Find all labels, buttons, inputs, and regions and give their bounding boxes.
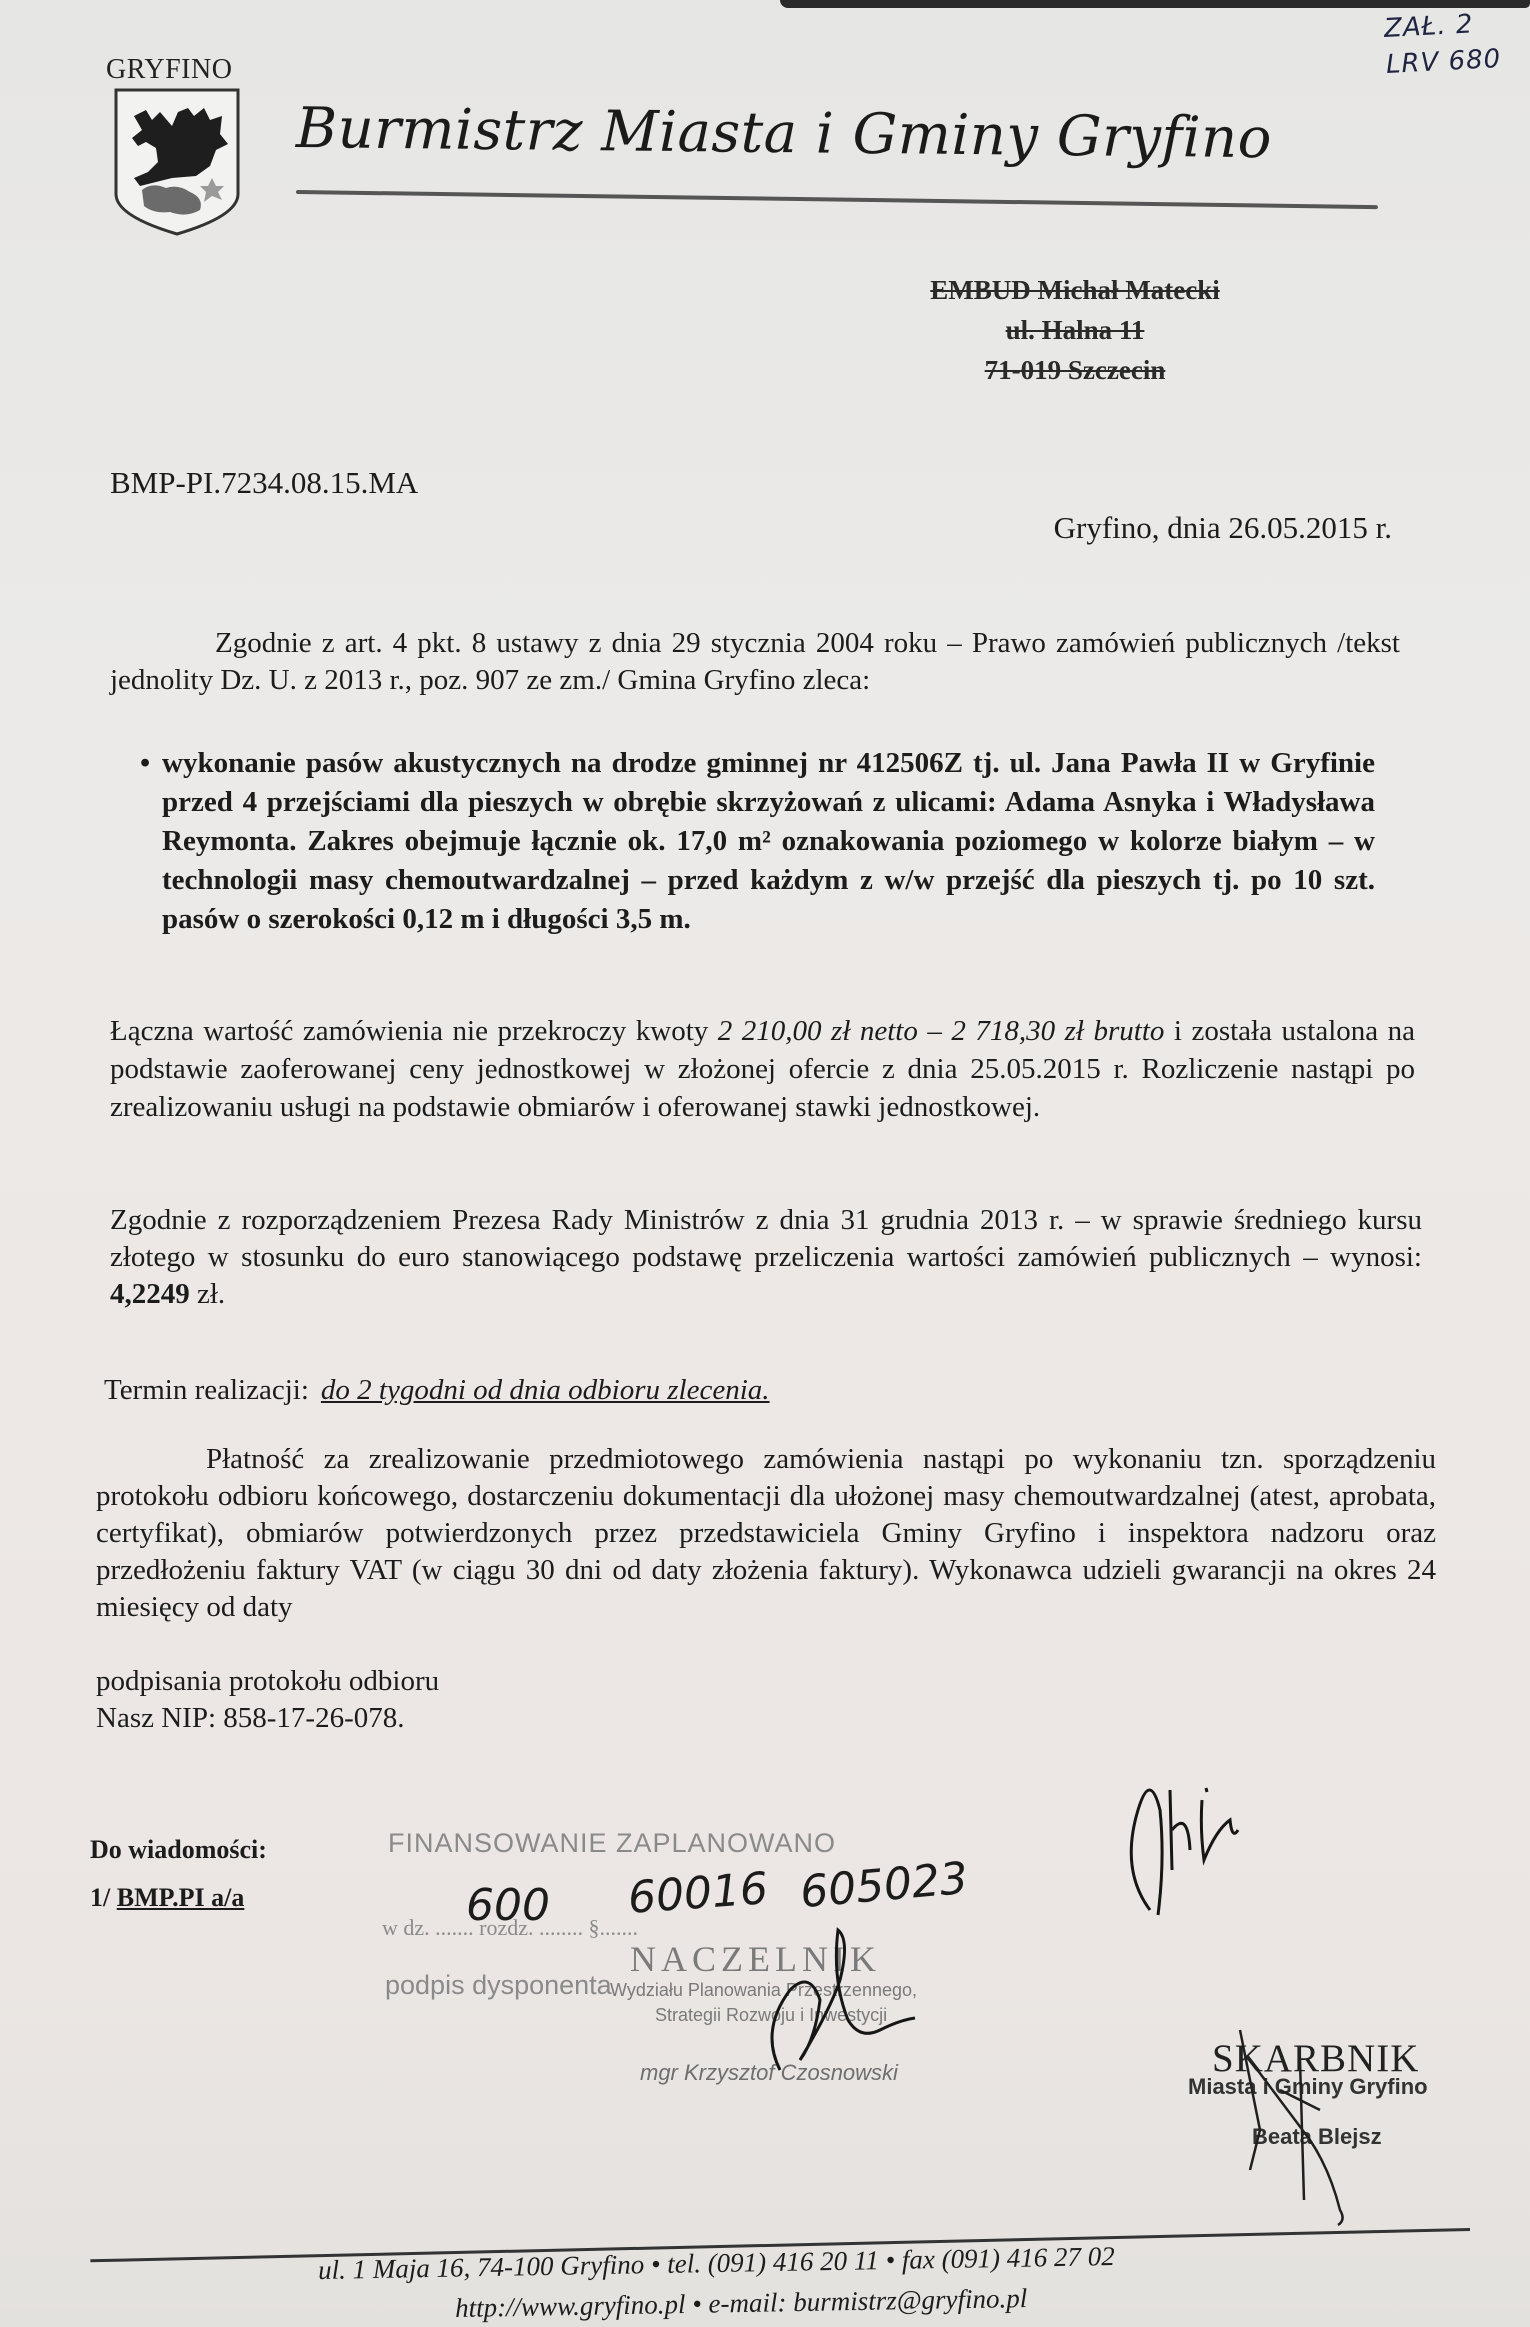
value-paragraph: Łączna wartość zamówienia nie przekroczy… (110, 1012, 1415, 1126)
gryphon-coat-of-arms-icon (112, 86, 242, 238)
addressee-street: ul. Halna 11 (880, 310, 1270, 350)
rate-text: Zgodnie z rozporządzeniem Prezesa Rady M… (110, 1204, 1422, 1273)
rate-value: 4,2249 (110, 1278, 190, 1310)
order-scope-text: wykonanie pasów akustycznych na drodze g… (162, 747, 1375, 935)
handwritten-paragraf: 605023 (798, 1853, 970, 1918)
term-value: do 2 tygodni od dnia odbioru zlecenia. (321, 1374, 770, 1406)
bullet-icon: • (140, 744, 150, 783)
value-amount: 2 210,00 zł netto – 2 718,30 zł brutto (718, 1015, 1165, 1047)
annotation-line: ZAŁ. 2 (1383, 5, 1500, 47)
naczelnik-signature (720, 1920, 920, 2080)
cc-item-text: BMP.PI a/a (117, 1883, 245, 1912)
rate-text: zł. (190, 1278, 225, 1310)
paper-edge-shadow (780, 0, 1530, 8)
payment-paragraph-end: podpisania protokołu odbioru (96, 1663, 439, 1699)
cc-item: 1/ BMP.PI a/a (90, 1883, 244, 1913)
skarbnik-signature (1220, 2020, 1420, 2230)
page-title: Burmistrz Miasta i Gminy Gryfino (296, 96, 1273, 171)
annotation-line: LRV 680 (1385, 41, 1502, 83)
mayor-signature (1110, 1770, 1300, 1920)
payment-paragraph: Płatność za zrealizowanie przedmiotowego… (96, 1441, 1436, 1626)
cc-label: Do wiadomości: (90, 1835, 267, 1865)
cc-item-prefix: 1/ (90, 1883, 117, 1912)
footer-contact: http://www.gryfino.pl • e-mail: burmistr… (455, 2283, 1028, 2324)
reference-number: BMP-PI.7234.08.15.MA (110, 465, 418, 501)
handwritten-rozdzial: 60016 (626, 1863, 769, 1924)
handwritten-annotation: ZAŁ. 2 LRV 680 (1383, 5, 1502, 83)
order-scope-bullet: • wykonanie pasów akustycznych na drodze… (140, 744, 1375, 939)
exchange-rate-paragraph: Zgodnie z rozporządzeniem Prezesa Rady M… (110, 1202, 1422, 1313)
date-line: Gryfino, dnia 26.05.2015 r. (1054, 510, 1392, 546)
handwritten-dzial: 600 (466, 1880, 550, 1931)
addressee-city: 71-019 Szczecin (880, 350, 1270, 390)
addressee-name: EMBUD Michał Matecki (880, 270, 1270, 310)
financing-signature-label: podpis dysponenta (385, 1970, 612, 2001)
footer-address: ul. 1 Maja 16, 74-100 Gryfino • tel. (09… (318, 2241, 1115, 2286)
nip-line: Nasz NIP: 858-17-26-078. (96, 1700, 404, 1737)
term-line: Termin realizacji:do 2 tygodni od dnia o… (104, 1372, 770, 1409)
addressee-block: EMBUD Michał Matecki ul. Halna 11 71-019… (880, 270, 1270, 390)
value-text: Łączna wartość zamówienia nie przekroczy… (110, 1015, 718, 1047)
financing-stamp-title: FINANSOWANIE ZAPLANOWANO (388, 1828, 836, 1859)
crest-label: GRYFINO (106, 54, 232, 86)
intro-paragraph: Zgodnie z art. 4 pkt. 8 ustawy z dnia 29… (110, 625, 1400, 699)
title-divider (296, 190, 1378, 209)
term-label: Termin realizacji: (104, 1374, 309, 1406)
